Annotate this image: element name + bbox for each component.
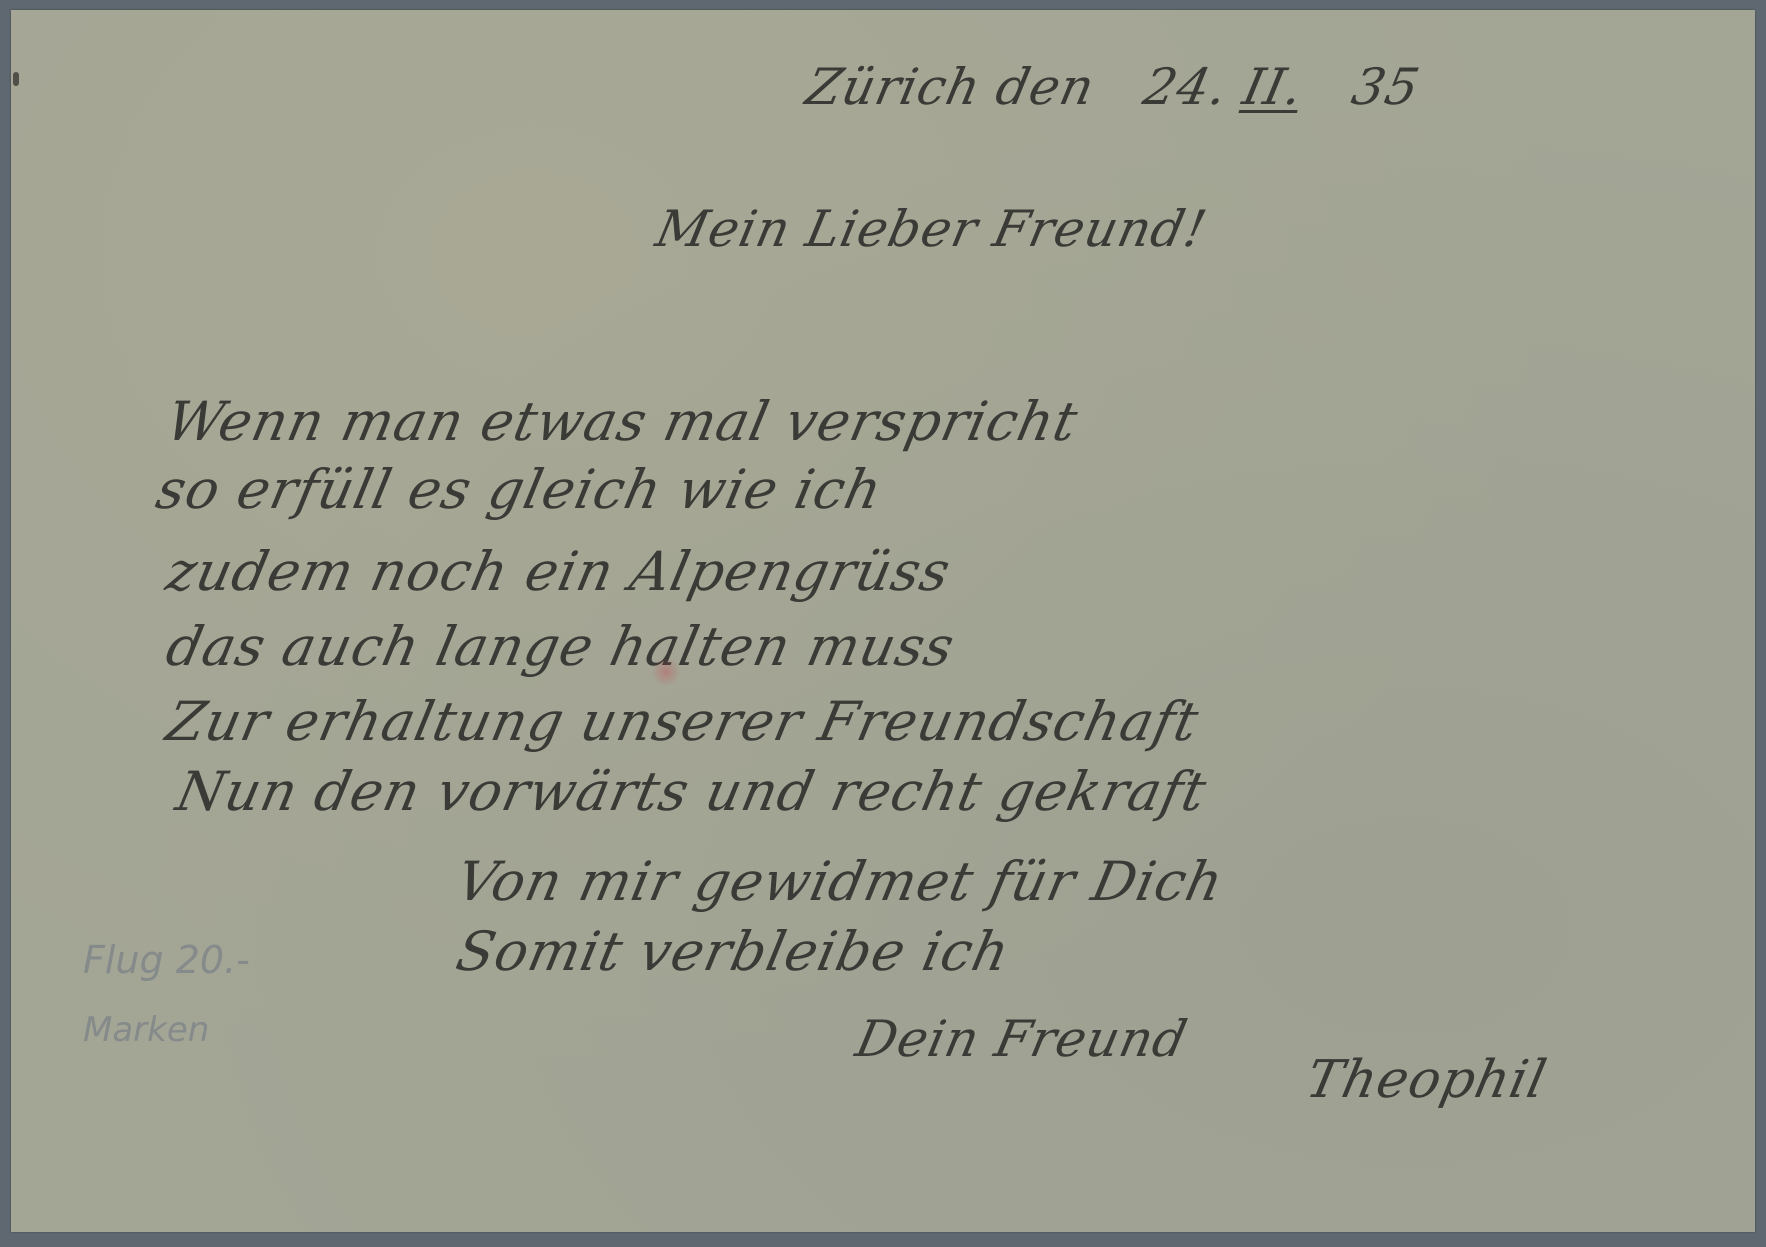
body-line-5: Zur erhaltung unserer Freundschaft — [161, 690, 1205, 753]
red-stamp-trace — [651, 658, 681, 686]
date-year: 35 — [1347, 58, 1425, 116]
postcard: Zürich den 24. II. 35 Mein Lieber Freund… — [11, 10, 1755, 1232]
pencil-note-marken: Marken — [83, 1010, 209, 1050]
body-line-3: zudem noch ein Alpengrüss — [161, 540, 956, 603]
dateline: Zürich den 24. II. 35 — [801, 58, 1425, 116]
salutation: Mein Lieber Freund! — [651, 200, 1212, 258]
body-line-7: Von mir gewidmet für Dich — [451, 850, 1229, 913]
date-prefix: den — [991, 58, 1100, 116]
body-line-6: Nun den vorwärts und recht gekraft — [171, 760, 1212, 823]
ink-blot — [13, 72, 19, 86]
body-line-4: das auch lange halten muss — [161, 615, 960, 678]
body-line-2: so erfüll es gleich wie ich — [151, 458, 888, 521]
body-line-1: Wenn man etwas mal verspricht — [161, 390, 1084, 453]
pencil-note-price: Flug 20.- — [83, 938, 250, 982]
signature: Theophil — [1301, 1050, 1552, 1110]
body-line-8: Somit verbleibe ich — [451, 920, 1016, 983]
closing: Dein Freund — [851, 1010, 1193, 1068]
date-day: 24. — [1138, 58, 1233, 116]
date-month: II. — [1238, 58, 1309, 116]
date-place: Zürich — [801, 58, 986, 116]
